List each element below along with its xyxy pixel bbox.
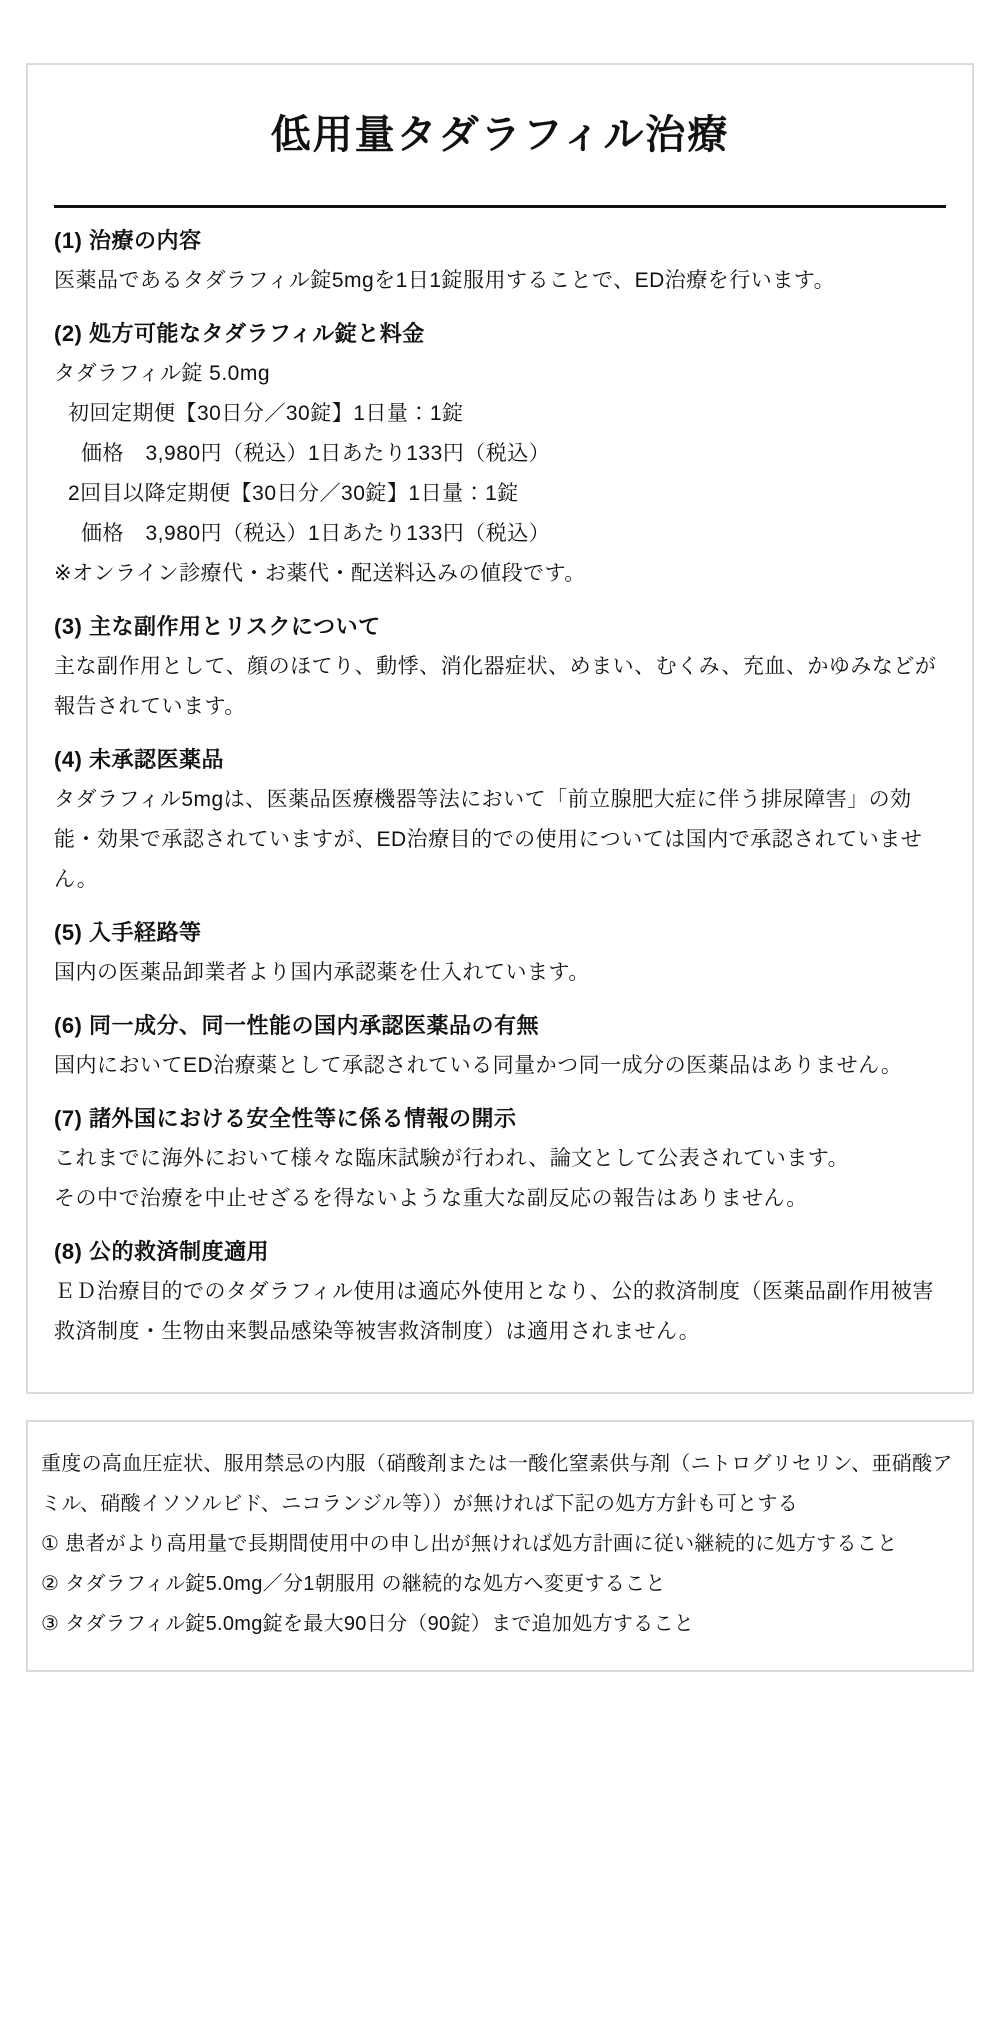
section-acquisition-route: (5) 入手経路等 国内の医薬品卸業者より国内承認薬を仕入れています。 [54,913,946,993]
prescription-policy-card: 重度の高血圧症状、服用禁忌の内服（硝酸剤または一酸化窒素供与剤（ニトログリセリン… [26,1420,974,1672]
policy-intro-text: 重度の高血圧症状、服用禁忌の内服（硝酸剤または一酸化窒素供与剤（ニトログリセリン… [41,1444,954,1524]
section-text: これまでに海外において様々な臨床試験が行われ、論文として公表されています。 [54,1139,946,1179]
page: 低用量タダラフィル治療 (1) 治療の内容 医薬品であるタダラフィル錠5mgを1… [0,63,1000,2031]
section-text: タダラフィル5mgは、医薬品医療機器等法において「前立腺肥大症に伴う排尿障害」の… [54,780,946,900]
price-note-line: ※オンライン診療代・お薬代・配送料込みの値段です。 [54,554,946,594]
section-text: 医薬品であるタダラフィル錠5mgを1日1錠服用することで、ED治療を行います。 [54,261,946,301]
treatment-info-card: 低用量タダラフィル治療 (1) 治療の内容 医薬品であるタダラフィル錠5mgを1… [26,63,974,1394]
section-heading: (6) 同一成分、同一性能の国内承認医薬品の有無 [54,1006,946,1046]
policy-item-1: ① 患者がより高用量で長期間使用中の申し出が無ければ処方計画に従い継続的に処方す… [41,1524,954,1564]
section-text: 国内においてED治療薬として承認されている同量かつ同一成分の医薬品はありません。 [54,1046,946,1086]
repeat-plan-price-line: 価格 3,980円（税込）1日あたり133円（税込） [54,514,946,554]
section-text: ＥＤ治療目的でのタダラフィル使用は適応外使用となり、公的救済制度（医薬品副作用被… [54,1272,946,1352]
page-title: 低用量タダラフィル治療 [54,109,946,161]
section-text: 国内の医薬品卸業者より国内承認薬を仕入れています。 [54,953,946,993]
section-overseas-safety-info: (7) 諸外国における安全性等に係る情報の開示 これまでに海外において様々な臨床… [54,1099,946,1219]
repeat-plan-line: 2回目以降定期便【30日分／30錠】1日量：1錠 [54,474,946,514]
section-heading: (7) 諸外国における安全性等に係る情報の開示 [54,1099,946,1139]
section-text: その中で治療を中止せざるを得ないような重大な副反応の報告はありません。 [54,1179,946,1219]
section-heading: (3) 主な副作用とリスクについて [54,607,946,647]
section-domestic-equivalent: (6) 同一成分、同一性能の国内承認医薬品の有無 国内においてED治療薬として承… [54,1006,946,1086]
first-plan-price-line: 価格 3,980円（税込）1日あたり133円（税込） [54,434,946,474]
section-heading: (8) 公的救済制度適用 [54,1232,946,1272]
section-heading: (2) 処方可能なタダラフィル錠と料金 [54,314,946,354]
title-divider [54,205,946,208]
section-side-effects: (3) 主な副作用とリスクについて 主な副作用として、顔のほてり、動悸、消化器症… [54,607,946,727]
section-treatment-content: (1) 治療の内容 医薬品であるタダラフィル錠5mgを1日1錠服用することで、E… [54,221,946,301]
first-plan-line: 初回定期便【30日分／30錠】1日量：1錠 [54,394,946,434]
section-heading: (4) 未承認医薬品 [54,740,946,780]
section-prescription-and-price: (2) 処方可能なタダラフィル錠と料金 タダラフィル錠 5.0mg 初回定期便【… [54,314,946,594]
section-heading: (5) 入手経路等 [54,913,946,953]
section-unapproved-drug: (4) 未承認医薬品 タダラフィル5mgは、医薬品医療機器等法において「前立腺肥… [54,740,946,900]
drug-name-line: タダラフィル錠 5.0mg [54,354,946,394]
section-heading: (1) 治療の内容 [54,221,946,261]
policy-item-2: ② タダラフィル錠5.0mg／分1朝服用 の継続的な処方へ変更すること [41,1564,954,1604]
policy-item-3: ③ タダラフィル錠5.0mg錠を最大90日分（90錠）まで追加処方すること [41,1604,954,1644]
section-text: 主な副作用として、顔のほてり、動悸、消化器症状、めまい、むくみ、充血、かゆみなど… [54,647,946,727]
section-public-relief-system: (8) 公的救済制度適用 ＥＤ治療目的でのタダラフィル使用は適応外使用となり、公… [54,1232,946,1352]
